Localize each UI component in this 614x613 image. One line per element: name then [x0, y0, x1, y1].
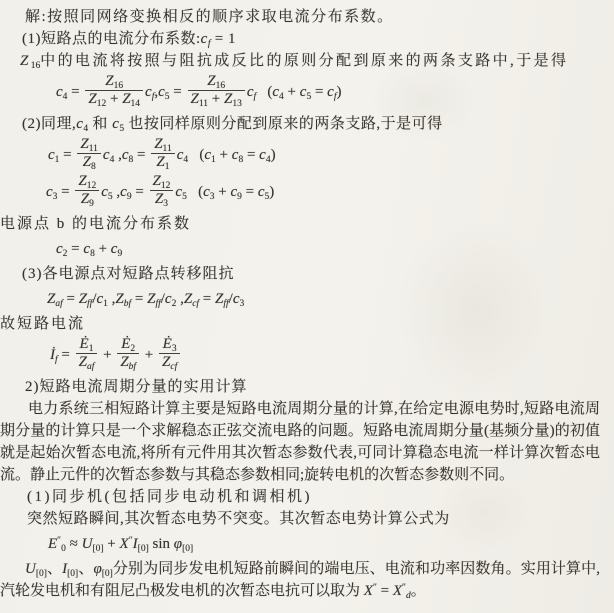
short-circuit-current-label-line: 故短路电流 — [0, 313, 600, 335]
z16-sentence-line: Z16中的电流将按照与阻抗成反比的原则分配到原来的两条支路中,于是得 — [0, 50, 600, 72]
step2-heading-line: (2)同理,c4 和 c5 也按同样原则分配到原来的两条支路,于是可得 — [0, 113, 600, 135]
formula-c3-c9: c3 = Z12Z9c5 ,c9 = Z12Z3c5 (c3 + c9 = c5… — [0, 176, 600, 209]
formula-c1-c8: c1 = Z11Z8c4 ,c8 = Z11Z1c4 (c1 + c8 = c4… — [0, 139, 600, 172]
fraction: Z12Z3 — [150, 174, 174, 207]
formula-if: İf = Ė1Zaf + Ė2Zbf + Ė3Zcf — [0, 339, 600, 372]
sync-machine-heading-line: (1)同步机(包括同步电动机和调相机) — [0, 486, 600, 508]
fraction: Z11Z8 — [77, 137, 101, 170]
fraction: Ė2Zbf — [117, 337, 139, 370]
formula-e0: E″0 ≈ U[0] + X″I[0] sin φ[0] — [0, 533, 600, 555]
fraction: Ė3Zcf — [159, 337, 180, 370]
step1-heading-line: (1)短路点的电流分布系数:cf = 1 — [0, 28, 600, 50]
solution-intro-line: 解:按照同网络变换相反的顺序求取电流分布系数。 — [0, 6, 600, 28]
fraction: Z16Z12 + Z14 — [85, 74, 143, 107]
section2-heading-line: 2)短路电流周期分量的实用计算 — [0, 376, 600, 398]
fraction: Z11Z1 — [151, 137, 175, 170]
formula-transfer-impedance: Zaf = Zff/c1 ,Zbf = Zff/c2 ,Zcf = Zff/c3 — [0, 288, 600, 310]
step3-heading-line: (3)各电源点对短路点转移阻抗 — [0, 263, 600, 285]
fraction: Z16Z11 + Z13 — [188, 74, 245, 107]
sudden-short-sentence-line: 突然短路瞬间,其次暂态电势不突变。其次暂态电势计算公式为 — [0, 508, 600, 530]
fraction: Z12Z9 — [75, 174, 99, 207]
source-b-sentence-line: 电源点 b 的电流分布系数 — [0, 213, 600, 235]
formula-c4-c5: c4 = Z16Z12 + Z14cf,c5 = Z16Z11 + Z13cf … — [0, 76, 600, 109]
fraction: Ė1Zaf — [76, 337, 98, 370]
scanned-page: 解:按照同网络变换相反的顺序求取电流分布系数。(1)短路点的电流分布系数:cf … — [0, 0, 614, 613]
document-body: 解:按照同网络变换相反的顺序求取电流分布系数。(1)短路点的电流分布系数:cf … — [0, 0, 614, 602]
paragraph-u0-definition: U[0]、I[0]、φ[0]分别为同步发电机短路前瞬间的端电压、电流和功率因数角… — [0, 558, 600, 602]
formula-c2: c2 = c8 + c9 — [0, 238, 600, 260]
paragraph-periodic-component: 电力系统三相短路计算主要是短路电流周期分量的计算,在给定电源电势时,短路电流周期… — [0, 398, 600, 486]
